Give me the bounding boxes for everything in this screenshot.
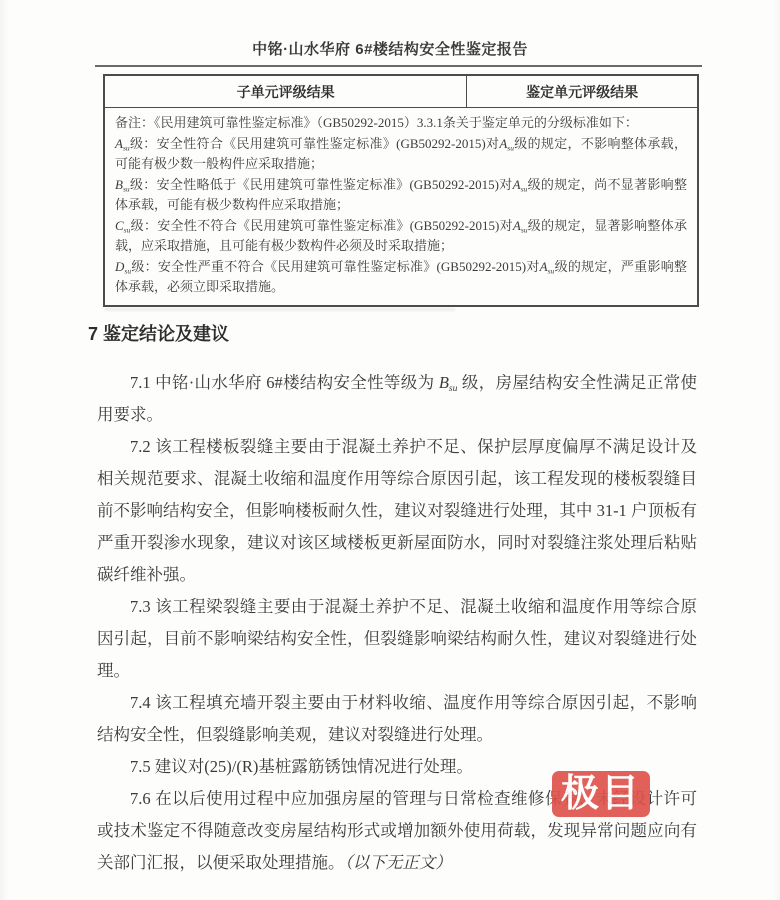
conclusion-paragraph: 7.4 该工程填充墙开裂主要由于材料收缩、温度作用等综合原因引起，不影响结构安全…: [97, 687, 697, 751]
note-entry: Dsu级：安全性严重不符合《民用建筑可靠性鉴定标准》(GB50292-2015)…: [115, 257, 687, 298]
note-entry: Asu级：安全性符合《民用建筑可靠性鉴定标准》(GB50292-2015)对As…: [115, 134, 687, 175]
rating-table-header-subunit: 子单元评级结果: [105, 76, 467, 107]
conclusion-paragraph: 7.2 该工程楼板裂缝主要由于混凝土养护不足、保护层厚度偏厚不满足设计及相关规范…: [97, 431, 697, 591]
note-entry: Csu级：安全性不符合《民用建筑可靠性鉴定标准》(GB50292-2015)对A…: [115, 216, 687, 257]
document-page: 中铭·山水华府 6#楼结构安全性鉴定报告 子单元评级结果 鉴定单元评级结果 备注…: [0, 0, 780, 900]
section-heading: 7 鉴定结论及建议: [88, 322, 780, 347]
rating-table-notes: 备注：《民用建筑可靠性鉴定标准》（GB50292-2015）3.3.1条关于鉴定…: [105, 108, 697, 305]
rating-table-header-unit: 鉴定单元评级结果: [467, 76, 697, 107]
note-entry: Bsu级：安全性略低于《民用建筑可靠性鉴定标准》(GB50292-2015)对A…: [115, 175, 687, 216]
conclusion-paragraph: 7.1 中铭·山水华府 6#楼结构安全性等级为 Bsu 级，房屋结构安全性满足正…: [97, 367, 697, 431]
page-title: 中铭·山水华府 6#楼结构安全性鉴定报告: [0, 0, 780, 60]
note-entry: 备注：《民用建筑可靠性鉴定标准》（GB50292-2015）3.3.1条关于鉴定…: [115, 113, 687, 134]
rating-table: 子单元评级结果 鉴定单元评级结果 备注：《民用建筑可靠性鉴定标准》（GB5029…: [103, 74, 699, 307]
jimu-watermark-text: 极目: [561, 771, 641, 817]
rating-table-header-row: 子单元评级结果 鉴定单元评级结果: [105, 76, 697, 108]
scan-smudge: [105, 308, 455, 311]
jimu-watermark: 极目: [552, 771, 650, 817]
conclusion-paragraph: 7.3 该工程梁裂缝主要由于混凝土养护不足、混凝土收缩和温度作用等综合原因引起，…: [97, 591, 697, 687]
header-divider: [95, 65, 702, 67]
